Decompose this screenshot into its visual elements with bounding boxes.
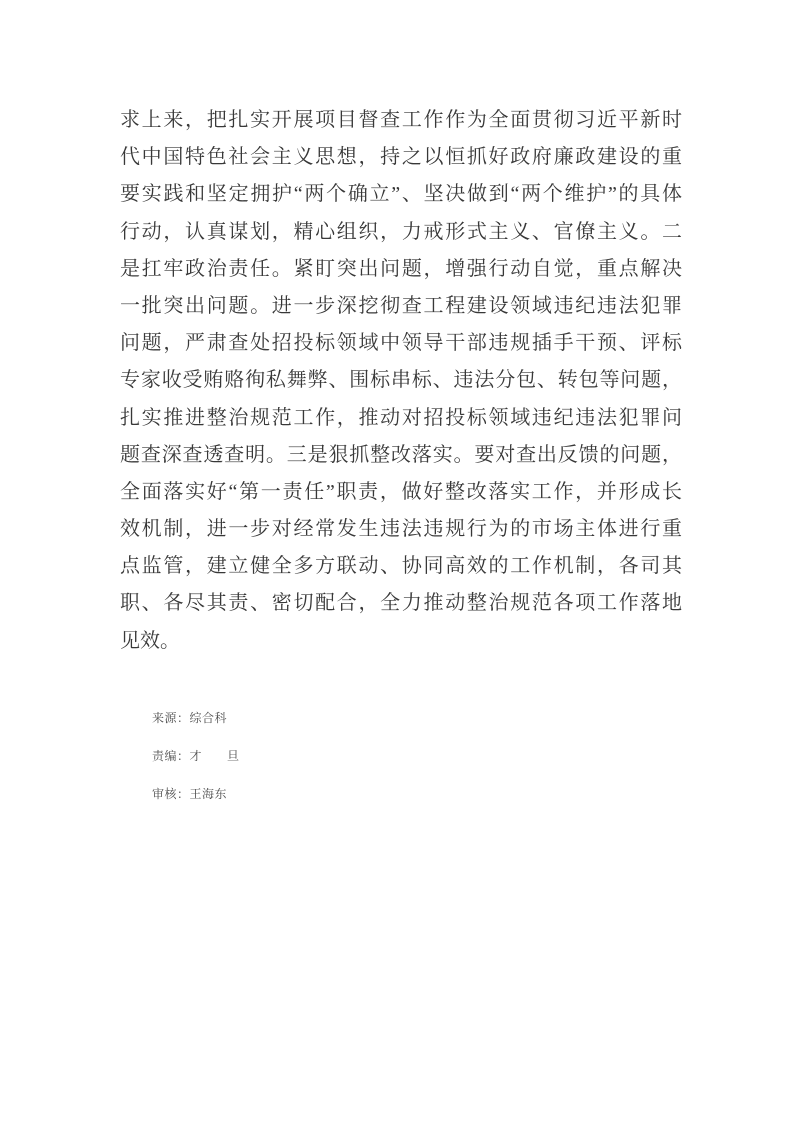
body-line: 职、各尽其责、密切配合，全力推动整治规范各项工作落地 <box>120 585 682 622</box>
body-line: 扎实推进整治规范工作，推动对招投标领域违纪违法犯罪问 <box>120 400 682 437</box>
body-line: 效机制，进一步对经常发生违法违规行为的市场主体进行重 <box>120 511 682 548</box>
body-line: 题查深查透查明。三是狠抓整改落实。要对查出反馈的问题， <box>120 437 682 474</box>
body-line-last: 见效。 <box>120 623 682 660</box>
byline-block: 来源：综合科 责编：才 旦 审核：王海东 <box>152 699 240 813</box>
body-line: 问题，严肃查处招投标领域中领导干部违规插手干预、评标 <box>120 325 682 362</box>
document-body-paragraph: 求上来，把扎实开展项目督查工作作为全面贯彻习近平新时 代中国特色社会主义思想，持… <box>120 102 682 660</box>
body-line: 代中国特色社会主义思想，持之以恒抓好政府廉政建设的重 <box>120 139 682 176</box>
body-line: 行动，认真谋划，精心组织，力戒形式主义、官僚主义。二 <box>120 214 682 251</box>
body-line: 全面落实好“第一责任”职责，做好整改落实工作，并形成长 <box>120 474 682 511</box>
document-page: 求上来，把扎实开展项目督查工作作为全面贯彻习近平新时 代中国特色社会主义思想，持… <box>0 0 793 1122</box>
source-line: 来源：综合科 <box>152 699 240 737</box>
editor-line: 责编：才 旦 <box>152 737 240 775</box>
reviewer-line: 审核：王海东 <box>152 775 240 813</box>
body-line: 专家收受贿赂徇私舞弊、围标串标、违法分包、转包等问题， <box>120 362 682 399</box>
body-line: 求上来，把扎实开展项目督查工作作为全面贯彻习近平新时 <box>120 102 682 139</box>
body-line: 要实践和坚定拥护“两个确立”、坚决做到“两个维护”的具体 <box>120 176 682 213</box>
body-line: 点监管，建立健全多方联动、协同高效的工作机制，各司其 <box>120 548 682 585</box>
body-line: 是扛牢政治责任。紧盯突出问题，增强行动自觉，重点解决 <box>120 251 682 288</box>
body-line: 一批突出问题。进一步深挖彻查工程建设领域违纪违法犯罪 <box>120 288 682 325</box>
